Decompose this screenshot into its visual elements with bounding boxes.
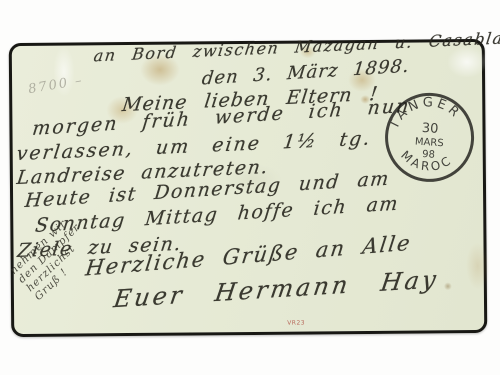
pencil-dealer-mark: 8700 – xyxy=(27,73,84,97)
foxing-stain xyxy=(465,242,489,290)
catalog-control-mark: VR23 xyxy=(287,320,305,327)
postmark-tanger-maroc: TANGER MAROC 30 MARS 98 xyxy=(380,88,480,188)
tape-remnant xyxy=(448,47,486,77)
postmark-day: 30 xyxy=(421,121,438,137)
postmark-year: 98 xyxy=(422,149,435,161)
ink-speck xyxy=(444,282,452,290)
postmark-month: MARS xyxy=(415,137,444,150)
handwriting-line: an Bord zwischen Mazagan u. Casablanca xyxy=(93,27,500,65)
postcard: 8700 – an Bord zwischen Mazagan u. Casab… xyxy=(9,39,488,337)
scan-background: 8700 – an Bord zwischen Mazagan u. Casab… xyxy=(0,0,500,375)
